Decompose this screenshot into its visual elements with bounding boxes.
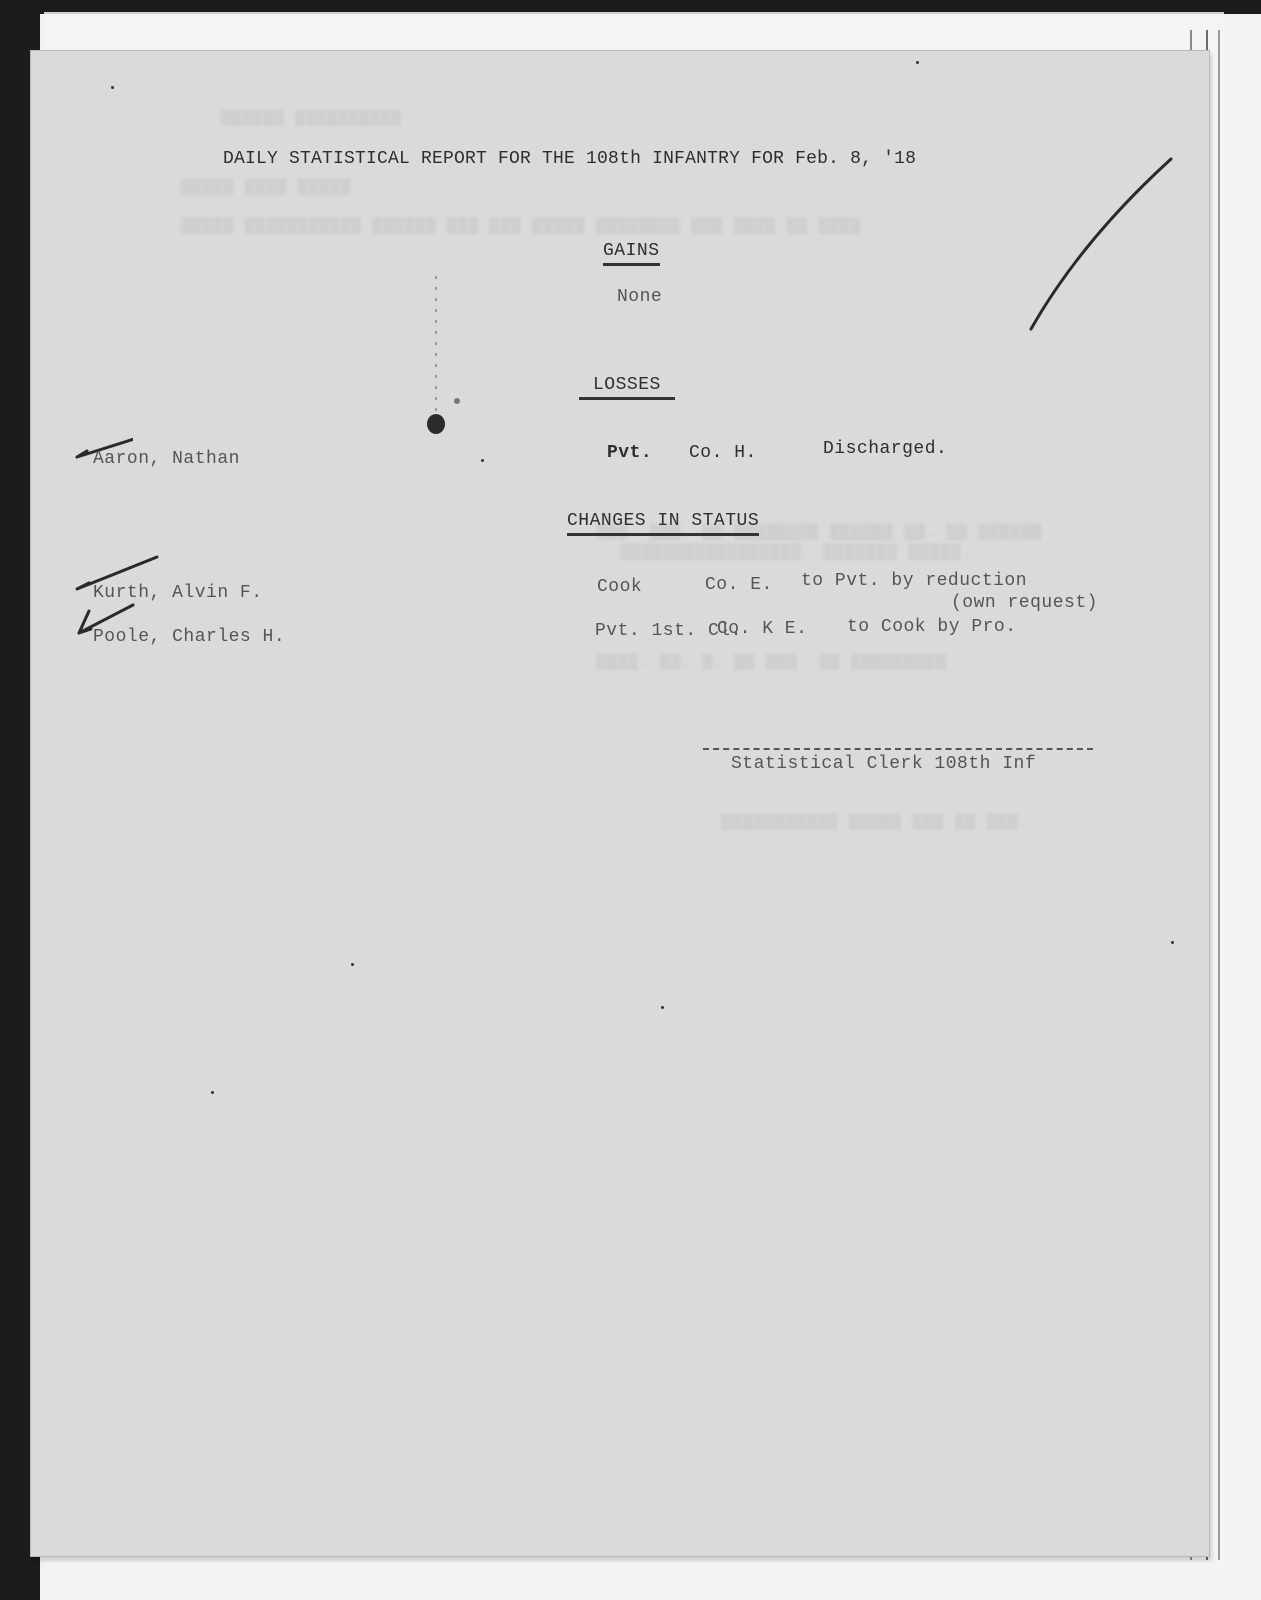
stack-edge xyxy=(1218,30,1220,1560)
loss-company: Co. H. xyxy=(689,443,757,463)
status-change-company: Co. E. xyxy=(705,575,773,595)
gains-heading: GAINS xyxy=(603,241,660,266)
bleed-through-text: ▇▇▇▇▇▇▇▇▇▇▇ ▇▇▇▇▇ ▇▇▇ ▇▇ ▇▇▇. xyxy=(721,811,1029,831)
paper-speck xyxy=(916,61,919,64)
bleed-through-text: ▇▇▇▇. ▇▇. ▇. ▇▇ ▇▇▇. ▇▇ ▇▇▇▇▇▇▇▇▇ xyxy=(596,651,947,671)
bleed-through-text: ▇▇▇▇▇▇▇▇▇▇▇▇▇▇▇▇▇, ▇▇▇▇▇▇▇ ▇▇▇▇▇. xyxy=(621,541,972,561)
bleed-through-text: ▇▇▇▇▇ ▇▇▇▇▇▇▇▇▇▇▇ ▇▇▇▇▇▇ ▇▇▇ ▇▇▇ ▇▇▇▇▇ ▇… xyxy=(181,215,861,235)
changes-in-status-heading: CHANGES IN STATUS xyxy=(567,511,759,536)
paper-speck xyxy=(481,459,484,462)
bleed-through-text: ▇▇▇▇▇▇ ▇▇▇▇▇▇▇▇▇▇ xyxy=(221,107,402,127)
paper-speck xyxy=(661,1006,664,1009)
loss-rank: Pvt. xyxy=(607,443,652,463)
losses-heading: LOSSES xyxy=(579,375,675,400)
pen-stroke-mark xyxy=(1021,151,1181,341)
paper-speck xyxy=(111,86,114,89)
gains-entry: None xyxy=(617,287,662,307)
document-title: DAILY STATISTICAL REPORT FOR THE 108th I… xyxy=(223,149,916,169)
paper-speck xyxy=(211,1091,214,1094)
bleed-through-text: ▇▇▇▇▇ ▇▇▇▇ ▇▇▇▇▇ xyxy=(181,176,351,196)
status-change-action: to Cook by Pro. xyxy=(847,617,1017,637)
ink-blot xyxy=(421,271,461,441)
signature-line xyxy=(703,748,1093,750)
status-change-action: to Pvt. by reduction xyxy=(801,571,1027,591)
signature-label: Statistical Clerk 108th Inf xyxy=(731,754,1036,774)
paper-speck xyxy=(1171,941,1174,944)
status-change-company: Co. K E. xyxy=(717,619,807,639)
status-change-note: (own request) xyxy=(951,593,1098,613)
paper-speck xyxy=(351,963,354,966)
loss-action: Discharged. xyxy=(823,439,947,459)
loss-name: Aaron, Nathan xyxy=(93,449,240,469)
status-change-rank: Cook xyxy=(597,577,642,597)
status-change-name: Poole, Charles H. xyxy=(93,627,285,647)
document-page: ▇▇▇▇▇▇ ▇▇▇▇▇▇▇▇▇▇ ▇▇▇▇▇ ▇▇▇▇ ▇▇▇▇▇ ▇▇▇▇▇… xyxy=(30,50,1210,1557)
